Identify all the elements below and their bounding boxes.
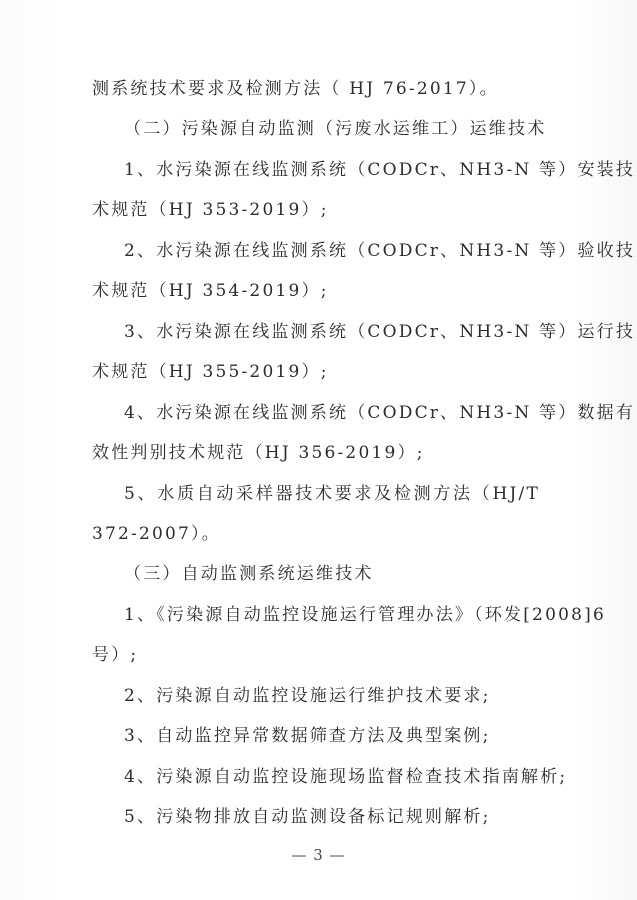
text-line: 号）; (92, 644, 552, 666)
text-line: 效性判别技术规范（HJ 356-2019）; (92, 442, 552, 464)
page-number: — 3 — (0, 845, 637, 865)
list-item: 1、水污染源在线监测系统（CODCr、NH3-N 等）安装技 (124, 159, 540, 181)
list-item: 5、水质自动采样器技术要求及检测方法（HJ/T (124, 483, 540, 505)
list-item: 3、水污染源在线监测系统（CODCr、NH3-N 等）运行技 (124, 321, 540, 343)
text-line: 术规范（HJ 353-2019）; (92, 199, 552, 221)
document-page: 测系统技术要求及检测方法（ HJ 76-2017）。 （二）污染源自动监测（污废… (0, 0, 637, 900)
text-line: 测系统技术要求及检测方法（ HJ 76-2017）。 (92, 78, 552, 100)
section-heading: （三）自动监测系统运维技术 (124, 563, 584, 585)
list-item: 4、水污染源在线监测系统（CODCr、NH3-N 等）数据有 (124, 402, 540, 424)
text-line: 术规范（HJ 355-2019）; (92, 361, 552, 383)
section-heading: （二）污染源自动监测（污废水运维工）运维技术 (124, 118, 584, 140)
list-item: 4、污染源自动监控设施现场监督检查技术指南解析; (124, 766, 584, 788)
list-item: 1、《污染源自动监控设施运行管理办法》（环发[2008]6 (124, 604, 540, 626)
text-line: 372-2007）。 (92, 523, 552, 545)
list-item: 5、污染物排放自动监测设备标记规则解析; (124, 806, 584, 828)
text-line: 术规范（HJ 354-2019）; (92, 280, 552, 302)
list-item: 2、水污染源在线监测系统（CODCr、NH3-N 等）验收技 (124, 240, 540, 262)
list-item: 2、污染源自动监控设施运行维护技术要求; (124, 685, 584, 707)
list-item: 3、自动监控异常数据筛查方法及典型案例; (124, 725, 584, 747)
